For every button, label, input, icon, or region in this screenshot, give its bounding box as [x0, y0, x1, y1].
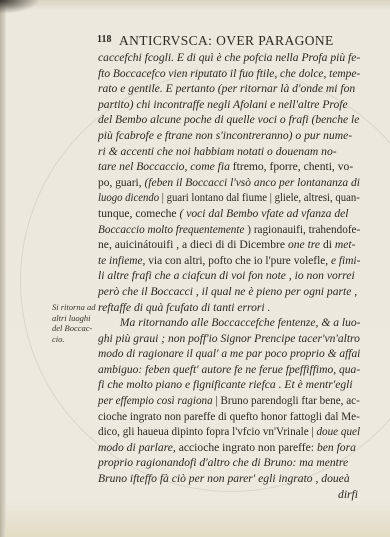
- italic-run: però che il Boccacci , il qual ne è pien…: [98, 285, 357, 298]
- text-line: Ma ritornando alle Boccaccefche fentenze…: [98, 315, 359, 331]
- text-line: te infieme, via con altri, pofto che io …: [98, 253, 355, 269]
- text-line: ghi più graui ; non poff'io Signor Prenc…: [98, 331, 359, 347]
- roman-run: via con altri, pofto che io l'pure volef…: [148, 254, 331, 267]
- roman-run: di: [323, 238, 335, 251]
- text-line: li altre frafi che a ciafcun di voi fon …: [98, 268, 360, 284]
- text-line: dico, gli haueua dipinto fopra l'vfcio v…: [98, 424, 349, 440]
- italic-run: luogo dicendo: [98, 191, 162, 204]
- roman-run: cioche ingrato non pareffe di quefto hon…: [98, 410, 360, 423]
- text-line: fto Boccacefco vien riputato il fuo ftil…: [98, 66, 356, 82]
- text-line: caccefchi fcogli. E di quì è che pofcia …: [98, 50, 360, 66]
- italic-run: partito) chi incontraffe negli Afolani e…: [98, 98, 348, 111]
- margin-note-line: del Boccac-: [52, 323, 98, 334]
- italic-run: fi che molto piano e fignificante riefca…: [98, 378, 353, 391]
- italic-run: modo di parlare,: [98, 441, 179, 454]
- italic-run: più fcabrofe e ftrane non s'incontrerann…: [98, 129, 352, 142]
- roman-run: accioche ingrato non pareffe:: [179, 441, 317, 454]
- text-line: però che il Boccacci , il qual ne è pien…: [98, 284, 360, 300]
- scan-shadow: [0, 0, 40, 14]
- italic-run: doue quel: [316, 425, 360, 438]
- body-text: caccefchi fcogli. E di quì è che pofcia …: [98, 50, 360, 502]
- text-line: cioche ingrato non pareffe di quefto hon…: [98, 409, 350, 425]
- text-line: fi che molto piano e fignificante riefca…: [98, 377, 360, 393]
- text-line: ne, auicinátouifi , a dieci di di Dicemb…: [98, 237, 360, 253]
- italic-run: (feben il Boccacci l'vsò anco per lontan…: [144, 176, 359, 189]
- italic-run: ( voci dal Bembo vfate ad vfanza del: [179, 207, 348, 220]
- running-head-title: ANTICRVSCA: OVER PARAGONE: [119, 33, 334, 49]
- page-edge: [0, 0, 6, 537]
- italic-run: tare nel Boccaccio, come fia: [98, 160, 233, 173]
- roman-run: ftremo, fporre, chenti, vo-: [233, 160, 353, 173]
- text-line: del Bembo alcune poche di quelle voci o …: [98, 112, 360, 128]
- roman-run: | guari lontano dal fiume | gliele, altr…: [162, 191, 360, 204]
- roman-run: dico, gli haueua dipinto fopra l'vfcio v…: [98, 425, 316, 438]
- text-line: tunque, comeche ( voci dal Bembo vfate a…: [98, 206, 360, 222]
- italic-run: Ma ritornando alle Boccaccefche fentenze…: [120, 316, 361, 329]
- text-line: più fcabrofe e ftrane non s'incontrerann…: [98, 128, 360, 144]
- italic-run: met-: [335, 238, 356, 251]
- margin-note: Si ritorna adaltri luoghidel Boccac-cio.: [52, 302, 98, 344]
- italic-run: modo di ragionare il qual' a me par poco…: [98, 347, 360, 360]
- text-line: modo di ragionare il qual' a me par poco…: [98, 346, 357, 362]
- italic-run: one tre: [288, 238, 323, 251]
- italic-run: proprio ragionandofi d'altro che di Brun…: [98, 456, 348, 469]
- text-line: ri & accenti che noi habbiam notati o do…: [98, 144, 360, 160]
- text-line: modo di parlare, accioche ingrato non pa…: [98, 440, 360, 456]
- text-line: reftaffe di quà fcufato di tanti errori …: [98, 300, 360, 316]
- italic-run: del Bembo alcune poche di quelle voci o …: [98, 113, 359, 126]
- italic-run: e fimi-: [331, 254, 360, 267]
- text-line: Boccaccio molto frequentemente ) ragiona…: [98, 222, 351, 238]
- italic-run: per effempio così ragiona: [98, 394, 215, 407]
- italic-run: rato e gentile. E pertanto (per ritornar…: [98, 82, 355, 95]
- text-line: per effempio così ragiona | Bruno parend…: [98, 393, 349, 409]
- text-line: luogo dicendo | guari lontano dal fiume …: [98, 190, 341, 206]
- roman-run: tunque, comeche: [98, 207, 179, 220]
- text-line: rato e gentile. E pertanto (per ritornar…: [98, 81, 360, 97]
- italic-run: fto Boccacefco vien riputato il fuo ftil…: [98, 67, 360, 80]
- text-line: Bruno ifteffo fà ciò per non parer' egli…: [98, 471, 360, 487]
- italic-run: reftaffe di quà fcufato di tanti errori …: [98, 301, 270, 314]
- margin-note-line: Si ritorna ad: [52, 302, 98, 313]
- text-line: tare nel Boccaccio, come fia ftremo, fpo…: [98, 159, 360, 175]
- margin-note-line: cio.: [52, 334, 98, 345]
- italic-run: ambiguo: feben queft' autore fe ne ferue…: [98, 363, 360, 376]
- text-line: ambiguo: feben queft' autore fe ne ferue…: [98, 362, 359, 378]
- page-number: 118: [97, 34, 111, 45]
- italic-run: ri & accenti che noi habbiam notati o do…: [98, 145, 337, 158]
- text-line: proprio ragionandofi d'altro che di Brun…: [98, 455, 360, 471]
- italic-run: Boccaccio molto frequentemente: [98, 223, 247, 236]
- roman-run: ne, auicinátouifi , a dieci di di Dicemb…: [98, 238, 288, 251]
- italic-run: caccefchi fcogli. E di quì è che pofcia …: [98, 51, 360, 64]
- roman-run: | Bruno parendogli ftar bene, ac-: [215, 394, 359, 407]
- roman-run: po, guari,: [98, 176, 144, 189]
- text-line: dirfi: [98, 487, 360, 503]
- italic-run: ben fora: [317, 441, 356, 454]
- italic-run: li altre frafi che a ciafcun di voi fon …: [98, 269, 355, 282]
- text-line: po, guari, (feben il Boccacci l'vsò anco…: [98, 175, 357, 191]
- italic-run: te infieme,: [98, 254, 148, 267]
- margin-note-line: altri luoghi: [52, 313, 98, 324]
- roman-run: ) ragionauifi, trahendofe-: [247, 223, 360, 236]
- book-page: 118 ANTICRVSCA: OVER PARAGONE Si ritorna…: [0, 0, 390, 537]
- text-line: partito) chi incontraffe negli Afolani e…: [98, 97, 360, 113]
- italic-run: dirfi: [338, 488, 358, 501]
- italic-run: ghi più graui ; non poff'io Signor Prenc…: [98, 332, 360, 345]
- italic-run: Bruno ifteffo fà ciò per non parer' egli…: [98, 472, 350, 485]
